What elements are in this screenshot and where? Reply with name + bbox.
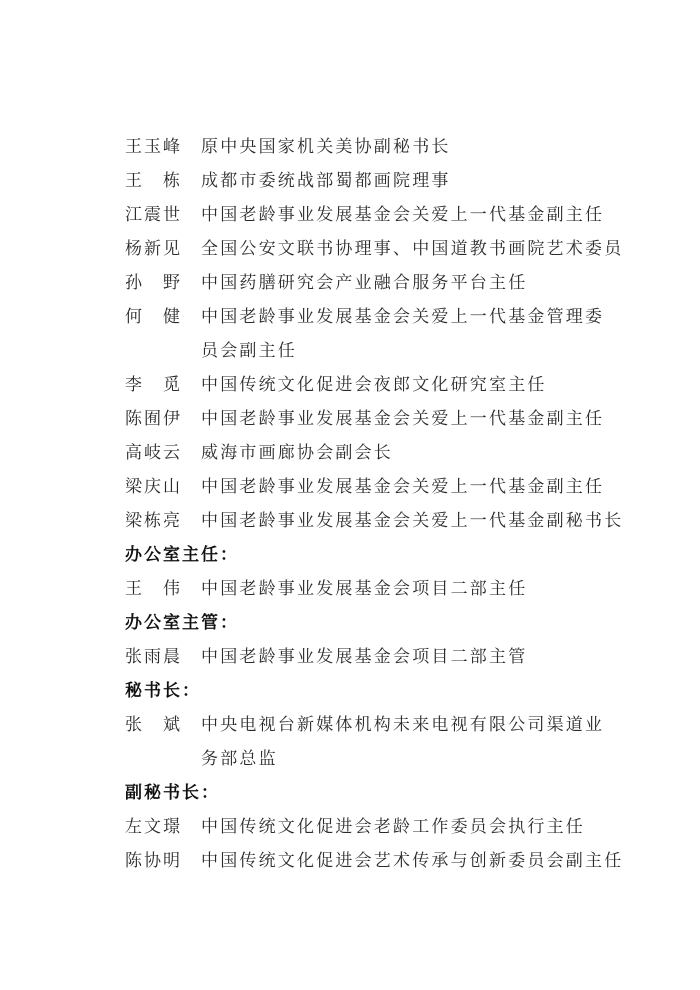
member-name: 梁庆山 (125, 470, 195, 504)
member-title: 中国传统文化促进会老龄工作委员会执行主任 (201, 810, 585, 844)
member-title: 成都市委统战部蜀都画院理事 (201, 164, 451, 198)
member-name: 孙 野 (125, 266, 195, 300)
member-name: 江震世 (125, 198, 195, 232)
member-name: 王 栋 (125, 164, 195, 198)
member-title-continued: 员会副主任 (201, 334, 297, 368)
member-name: 张 斌 (125, 708, 195, 742)
member-name: 梁栋亮 (125, 504, 195, 538)
member-row: 王 栋成都市委统战部蜀都画院理事 (125, 164, 625, 198)
deputy-secretary-general-section: 副秘书长： 左文璟中国传统文化促进会老龄工作委员会执行主任 陈协明中国传统文化促… (125, 776, 625, 878)
member-row: 陈协明中国传统文化促进会艺术传承与创新委员会副主任 (125, 844, 625, 878)
member-name: 张雨晨 (125, 640, 195, 674)
member-row: 李 觅中国传统文化促进会夜郎文化研究室主任 (125, 368, 625, 402)
member-row-continuation: 务部总监 (125, 742, 625, 776)
member-name: 何 健 (125, 300, 195, 334)
member-row: 孙 野中国药膳研究会产业融合服务平台主任 (125, 266, 625, 300)
member-title: 中央电视台新媒体机构未来电视有限公司渠道业 (201, 708, 604, 742)
section-heading: 副秘书长： (125, 776, 625, 810)
member-title: 中国老龄事业发展基金会项目二部主任 (201, 572, 527, 606)
member-name: 王 伟 (125, 572, 195, 606)
office-manager-section: 办公室主管： 张雨晨中国老龄事业发展基金会项目二部主管 (125, 606, 625, 674)
member-title: 中国药膳研究会产业融合服务平台主任 (201, 266, 527, 300)
member-title: 中国老龄事业发展基金会项目二部主管 (201, 640, 527, 674)
secretary-general-section: 秘书长： 张 斌中央电视台新媒体机构未来电视有限公司渠道业 务部总监 (125, 674, 625, 776)
member-row-continuation: 员会副主任 (125, 334, 625, 368)
member-title: 中国老龄事业发展基金会关爱上一代基金副主任 (201, 198, 604, 232)
member-row: 张雨晨中国老龄事业发展基金会项目二部主管 (125, 640, 625, 674)
member-name: 左文璟 (125, 810, 195, 844)
member-title: 中国传统文化促进会夜郎文化研究室主任 (201, 368, 547, 402)
section-heading: 办公室主任： (125, 538, 625, 572)
member-title-continued: 务部总监 (201, 742, 278, 776)
member-name: 陈囿伊 (125, 402, 195, 436)
member-title: 全国公安文联书协理事、中国道教书画院艺术委员 (201, 232, 623, 266)
office-director-section: 办公室主任： 王 伟中国老龄事业发展基金会项目二部主任 (125, 538, 625, 606)
member-name: 李 觅 (125, 368, 195, 402)
member-row: 王玉峰原中央国家机关美协副秘书长 (125, 130, 625, 164)
member-title: 威海市画廊协会副会长 (201, 436, 393, 470)
member-row: 梁栋亮中国老龄事业发展基金会关爱上一代基金副秘书长 (125, 504, 625, 538)
member-row: 张 斌中央电视台新媒体机构未来电视有限公司渠道业 (125, 708, 625, 742)
member-name: 高岐云 (125, 436, 195, 470)
section-heading: 办公室主管： (125, 606, 625, 640)
member-row: 江震世中国老龄事业发展基金会关爱上一代基金副主任 (125, 198, 625, 232)
member-name: 陈协明 (125, 844, 195, 878)
member-title: 中国传统文化促进会艺术传承与创新委员会副主任 (201, 844, 623, 878)
member-title: 中国老龄事业发展基金会关爱上一代基金副秘书长 (201, 504, 623, 538)
member-row: 梁庆山中国老龄事业发展基金会关爱上一代基金副主任 (125, 470, 625, 504)
member-title: 中国老龄事业发展基金会关爱上一代基金副主任 (201, 402, 604, 436)
member-name: 杨新见 (125, 232, 195, 266)
member-name: 王玉峰 (125, 130, 195, 164)
members-list: 王玉峰原中央国家机关美协副秘书长 王 栋成都市委统战部蜀都画院理事 江震世中国老… (125, 130, 625, 538)
member-row: 何 健中国老龄事业发展基金会关爱上一代基金管理委 (125, 300, 625, 334)
member-title: 原中央国家机关美协副秘书长 (201, 130, 451, 164)
member-title: 中国老龄事业发展基金会关爱上一代基金副主任 (201, 470, 604, 504)
section-heading: 秘书长： (125, 674, 625, 708)
document-page: 王玉峰原中央国家机关美协副秘书长 王 栋成都市委统战部蜀都画院理事 江震世中国老… (125, 130, 625, 878)
member-row: 高岐云威海市画廊协会副会长 (125, 436, 625, 470)
member-row: 王 伟中国老龄事业发展基金会项目二部主任 (125, 572, 625, 606)
member-row: 杨新见全国公安文联书协理事、中国道教书画院艺术委员 (125, 232, 625, 266)
member-row: 陈囿伊中国老龄事业发展基金会关爱上一代基金副主任 (125, 402, 625, 436)
member-row: 左文璟中国传统文化促进会老龄工作委员会执行主任 (125, 810, 625, 844)
member-title: 中国老龄事业发展基金会关爱上一代基金管理委 (201, 300, 604, 334)
